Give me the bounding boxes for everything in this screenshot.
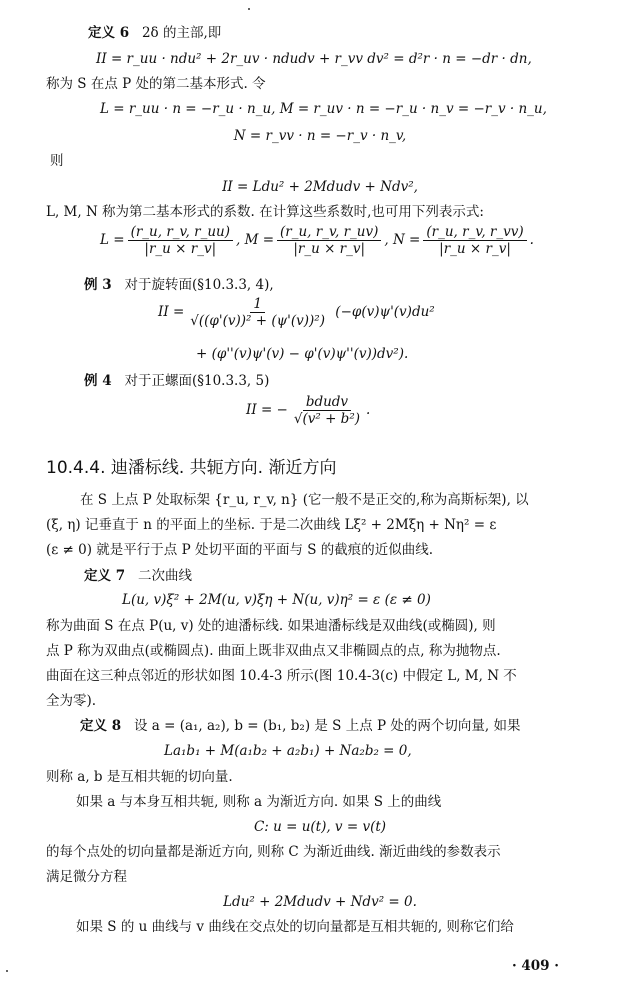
ex4-fraction: bdudv√(v² + b²) — [291, 394, 363, 427]
ex3-formula: II =1√((φ'(v))² + (ψ'(v))²) (−φ(v)ψ'(v)d… — [158, 296, 435, 329]
page-number: · 409 · — [512, 957, 559, 975]
def6-name-text: 称为 S 在点 P 处的第二基本形式. 令 — [46, 75, 266, 93]
def6-II-formula: II = Ldu² + 2Mdudv + Ndv², — [0, 178, 640, 196]
def6-coef-fractions: L =(r_u, r_v, r_uu)|r_u × r_v|, M =(r_u,… — [100, 224, 534, 257]
def6-then: 则 — [50, 152, 64, 170]
section-para-line2: (ξ, η) 记垂直于 n 的平面上的坐标. 于是二次曲线 Lξ² + 2Mξη… — [46, 516, 496, 534]
def8-formula: La₁b₁ + M(a₁b₂ + a₂b₁) + Na₂b₂ = 0, — [164, 742, 412, 760]
def6-text: 2δ 的主部,即 — [142, 25, 221, 41]
def8-line5: 如果 S 的 u 曲线与 v 曲线在交点处的切向量都是互相共轭的, 则称它们给 — [76, 918, 514, 936]
section-para-line1: 在 S 上点 P 处取标架 {r_u, r_v, n} (它一般不是正交的,称为… — [80, 491, 529, 509]
def8-text: 设 a = (a₁, a₂), b = (b₁, b₂) 是 S 上点 P 处的… — [134, 718, 520, 734]
ex4-formula: II = −bdudv√(v² + b²). — [246, 394, 370, 427]
def8-line4: 满足微分方程 — [46, 868, 127, 886]
ex3-label: 例 3 — [84, 277, 112, 293]
def8-label: 定义 8 — [80, 718, 121, 734]
def6-heading: 定义 6 2δ 的主部,即 — [88, 24, 221, 42]
section-para-line3: (ε ≠ 0) 就是平行于点 P 处切平面的平面与 S 的截痕的近似曲线. — [46, 541, 433, 559]
def7-text: 二次曲线 — [138, 568, 192, 584]
def7-line4: 全为零). — [46, 692, 96, 710]
def8-para2: 如果 a 与本身互相共轭, 则称 a 为渐近方向. 如果 S 上的曲线 — [76, 793, 441, 811]
def8-ode: Ldu² + 2Mdudv + Ndv² = 0. — [0, 893, 640, 911]
N-fraction: (r_u, r_v, r_vv)|r_u × r_v| — [423, 224, 526, 257]
section-title: 10.4.4. 迪潘标线. 共轭方向. 渐近方向 — [46, 459, 337, 477]
def7-line3: 曲面在这三种点邻近的形状如图 10.4-3 所示(图 10.4-3(c) 中假定… — [46, 667, 517, 685]
ex3-fraction: 1√((φ'(v))² + (ψ'(v))²) — [187, 296, 328, 329]
ex4-label: 例 4 — [84, 373, 112, 389]
def6-LM-formula: L = r_uu · n = −r_u · n_u, M = r_uv · n … — [100, 100, 547, 118]
ex3-formula-cont: + (φ''(v)ψ'(v) − φ'(v)ψ''(v))dv²). — [196, 345, 408, 363]
scan-speck — [6, 970, 8, 972]
def8-line3: 的每个点处的切向量都是渐近方向, 则称 C 为渐近曲线. 渐近曲线的参数表示 — [46, 843, 501, 861]
ex4-text: 对于正螺面(§10.3.3, 5) — [124, 373, 269, 389]
def7-heading: 定义 7 二次曲线 — [84, 567, 192, 585]
def7-label: 定义 7 — [84, 568, 125, 584]
def8-curve: C: u = u(t), v = v(t) — [0, 818, 640, 836]
def6-coef-text: L, M, N 称为第二基本形式的系数. 在计算这些系数时,也可用下列表示式: — [46, 203, 484, 221]
def8-line1: 则称 a, b 是互相共轭的切向量. — [46, 768, 233, 786]
def7-formula: L(u, v)ξ² + 2M(u, v)ξη + N(u, v)η² = ε (… — [122, 591, 431, 609]
ex4-heading: 例 4 对于正螺面(§10.3.3, 5) — [84, 372, 269, 390]
def6-N-formula: N = r_vv · n = −r_v · n_v, — [0, 127, 640, 145]
ex3-heading: 例 3 对于旋转面(§10.3.3, 4), — [84, 276, 274, 294]
def7-line1: 称为曲面 S 在点 P(u, v) 处的迪潘标线. 如果迪潘标线是双曲线(或椭圆… — [46, 617, 496, 635]
ex3-text: 对于旋转面(§10.3.3, 4), — [124, 277, 273, 293]
def6-label: 定义 6 — [88, 25, 129, 41]
scan-speck — [248, 8, 250, 10]
def7-line2: 点 P 称为双曲点(或椭圆点). 曲面上既非双曲点又非椭圆点的点, 称为抛物点. — [46, 642, 501, 660]
def6-formula: II = r_uu · ndu² + 2r_uv · ndudv + r_vv … — [96, 50, 532, 68]
def8-heading: 定义 8 设 a = (a₁, a₂), b = (b₁, b₂) 是 S 上点… — [80, 717, 520, 735]
M-fraction: (r_u, r_v, r_uv)|r_u × r_v| — [277, 224, 381, 257]
L-fraction: (r_u, r_v, r_uu)|r_u × r_v| — [128, 224, 233, 257]
